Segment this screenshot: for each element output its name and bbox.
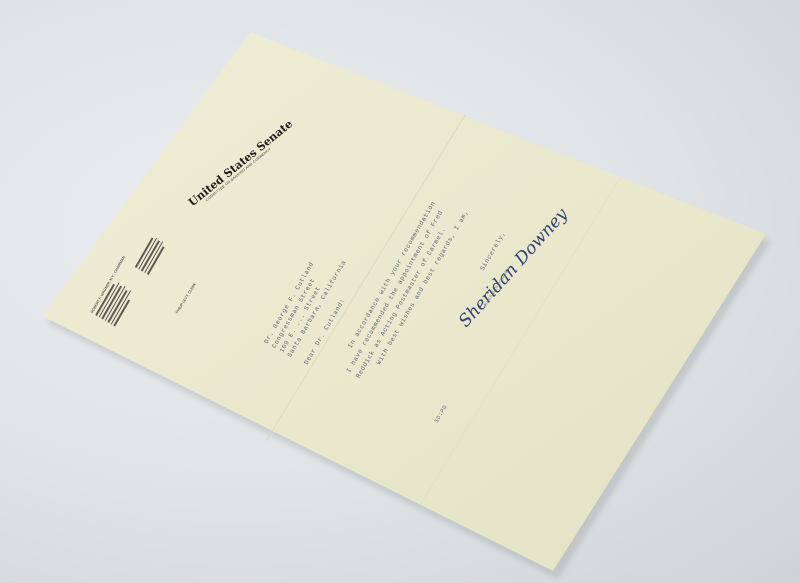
letter-sheet: United States Senate COMMITTEE ON BANKIN… xyxy=(0,0,800,583)
